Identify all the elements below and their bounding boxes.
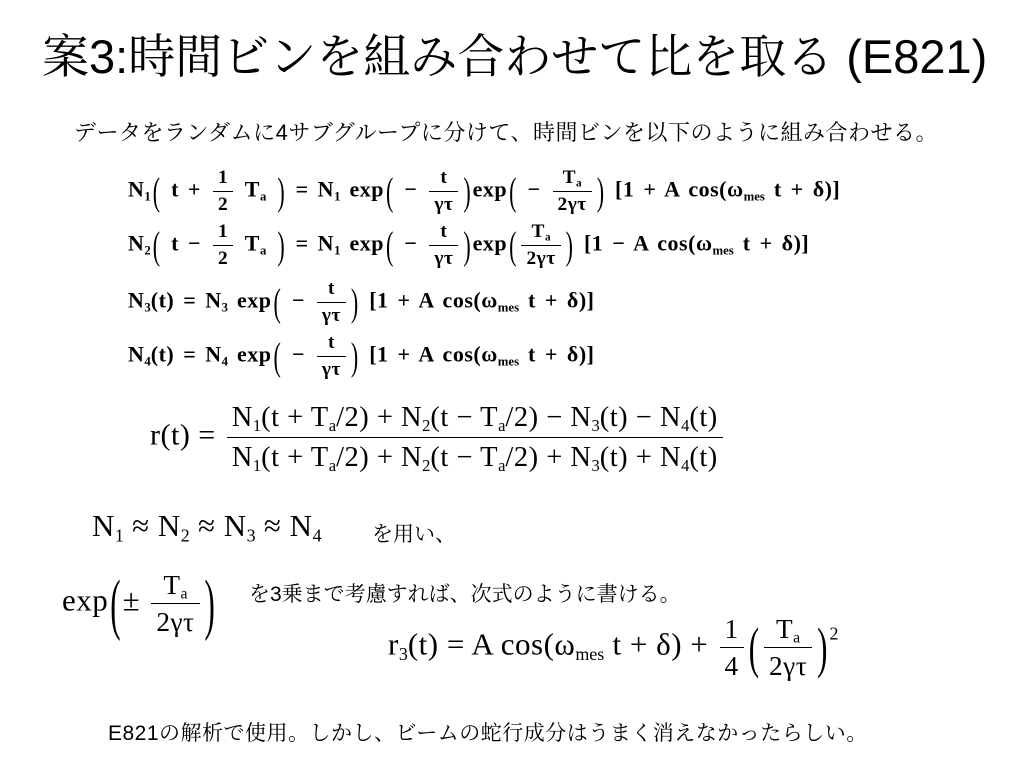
cube-note: を3乗まで考慮すれば、次式のように書ける。 [249, 578, 681, 608]
equation-exp-term: exp(± Ta2γτ) [62, 568, 217, 639]
intro-text: データをランダムに4サブグループに分けて、時間ビンを以下のように組み合わせる。 [74, 116, 938, 147]
footer-note: E821の解析で使用。しかし、ビームの蛇行成分はうまく消えなかったらしい。 [108, 717, 868, 747]
slide-title: 案3:時間ビンを組み合わせて比を取る (E821) [42, 20, 987, 87]
equation-n4: N4(t) = N4 exp( − tγτ) [1 + A cos(ωmes t… [128, 331, 594, 382]
approx-note: を用い、 [372, 518, 456, 548]
equation-r3: r3(t) = A cos(ωmes t + δ) + 14(Ta2γτ)2 [388, 612, 838, 683]
equation-n1: N1( t + 12 Ta ) = N1 exp( − tγτ)exp( − T… [128, 166, 840, 217]
equation-n3: N3(t) = N3 exp( − tγτ) [1 + A cos(ωmes t… [128, 277, 594, 328]
equation-approx: N1 ≈ N2 ≈ N3 ≈ N4 [92, 508, 322, 544]
equation-ratio: r(t) = N1(t + Ta/2) + N2(t − Ta/2) − N3(… [150, 399, 726, 476]
equation-n2: N2( t − 12 Ta ) = N1 exp( − tγτ)exp(Ta2γ… [128, 220, 809, 271]
